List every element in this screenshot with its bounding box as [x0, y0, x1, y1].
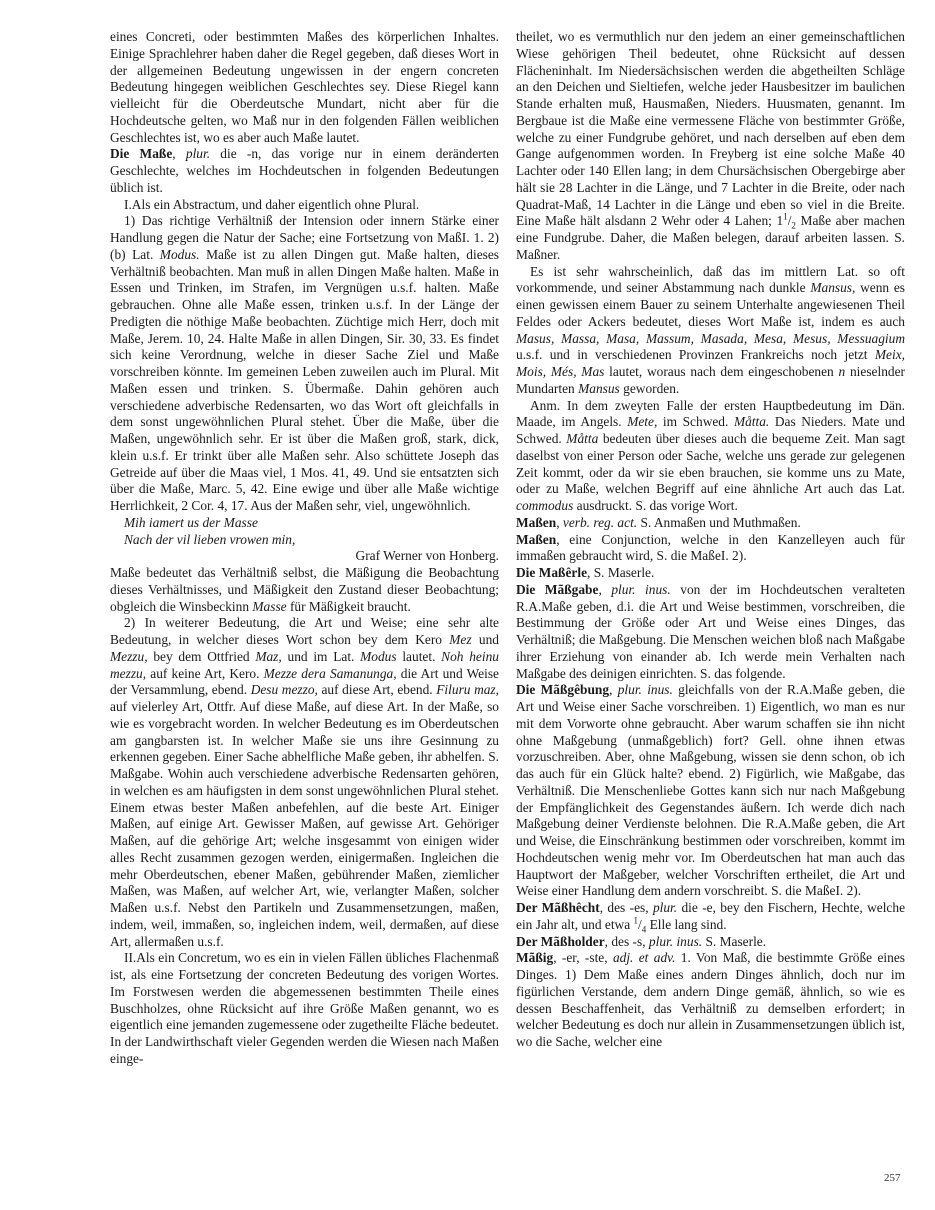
section-heading-I: I.Als ein Abstractum, und daher eigentli… — [110, 197, 499, 214]
left-column: eines Concreti, oder bestimmten Maßes de… — [110, 29, 499, 1068]
paragraph-annotation: Anm. In dem zweyten Falle der ersten Hau… — [516, 398, 905, 515]
headword: Die Mãßgabe — [516, 582, 598, 597]
entry-massig: Mãßig, -er, -ste, adj. et adv. 1. Von Ma… — [516, 950, 905, 1051]
headword: Maßen — [516, 532, 556, 547]
entry-massen-conjunction: Maßen, eine Conjunction, welche in den K… — [516, 532, 905, 566]
paragraph-continuation: eines Concreti, oder bestimmten Maßes de… — [110, 29, 499, 146]
right-column: theilet, wo es vermuthlich nur den jedem… — [516, 29, 905, 1051]
grammar-label: plur. inus. — [618, 682, 673, 697]
entry-die-massgebung: Die Mãßgêbung, plur. inus. gleichfalls v… — [516, 682, 905, 900]
verse-attribution: Graf Werner von Honberg. — [110, 548, 499, 565]
page-number: 257 — [884, 1172, 901, 1184]
paragraph-continuation: theilet, wo es vermuthlich nur den jedem… — [516, 29, 905, 264]
entry-der-masshecht: Der Mãßhêcht, des -es, plur. die -e, bey… — [516, 900, 905, 934]
headword: Der Mãßhêcht — [516, 900, 600, 915]
entry-die-massgabe: Die Mãßgabe, plur. inus. von der im Hoch… — [516, 582, 905, 683]
paragraph-mansus: Es ist sehr wahrscheinlich, daß das im m… — [516, 264, 905, 398]
headword: Die Maßêrle — [516, 565, 587, 580]
paragraph-masse-meaning: Maße bedeutet das Verhältniß selbst, die… — [110, 565, 499, 615]
entry-der-massholder: Der Mãßholder, des -s, plur. inus. S. Ma… — [516, 934, 905, 951]
grammar-label: adj. et adv. — [613, 950, 676, 965]
grammar-label: plur. — [186, 146, 210, 161]
entry-die-masse: Die Maße, plur. die -n, das vorige nur i… — [110, 146, 499, 196]
sense-2: 2) In weiterer Bedeutung, die Art und We… — [110, 615, 499, 950]
headword: Maßen — [516, 515, 556, 530]
verse-line: Mih iamert us der Masse — [110, 515, 499, 532]
section-heading-II: II.Als ein Concretum, wo es ein in viele… — [110, 950, 499, 1067]
grammar-label: verb. reg. act. — [563, 515, 637, 530]
grammar-label: plur. — [653, 900, 677, 915]
headword: Die Maße — [110, 146, 172, 161]
sense-1: 1) Das richtige Verhältniß der Intension… — [110, 213, 499, 515]
headword: Mãßig — [516, 950, 553, 965]
headword: Die Mãßgêbung — [516, 682, 609, 697]
dictionary-page: eines Concreti, oder bestimmten Maßes de… — [0, 0, 935, 1210]
grammar-label: plur. inus. — [649, 934, 702, 949]
headword: Der Mãßholder — [516, 934, 605, 949]
entry-die-masserle: Die Maßêrle, S. Maserle. — [516, 565, 905, 582]
grammar-label: plur. inus. — [611, 582, 670, 597]
entry-massen-verb: Maßen, verb. reg. act. S. Anmaßen und Mu… — [516, 515, 905, 532]
verse-line: Nach der vil lieben vrowen min, — [110, 532, 499, 549]
